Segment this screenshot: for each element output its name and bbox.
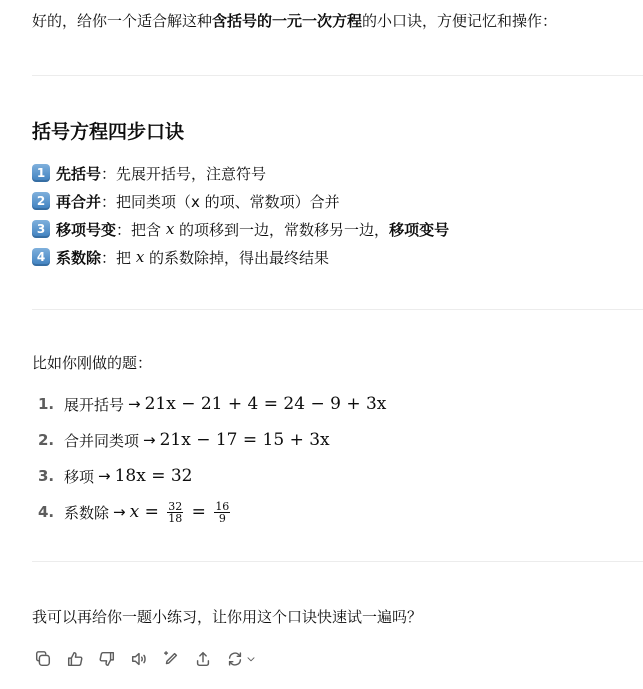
thumbs-down-icon	[98, 650, 116, 668]
edit-icon	[162, 650, 180, 668]
regenerate-icon	[226, 650, 244, 668]
fraction: 3218	[167, 501, 183, 524]
steps-list: 1 先括号：先展开括号，注意符号 2 再合并：把同类项（x 的项、常数项）合并 …	[32, 159, 449, 271]
example-item: 4. 系数除 → x = 3218 = 169	[38, 494, 386, 530]
arrow-icon: →	[128, 395, 141, 413]
arrow-icon: →	[98, 467, 111, 485]
section-heading: 括号方程四步口诀	[32, 119, 184, 145]
example-item: 2. 合并同类项 → 21x − 17 = 15 + 3x	[38, 422, 386, 458]
equation: 21x − 17 = 15 + 3x	[160, 430, 330, 450]
divider	[32, 561, 643, 562]
read-aloud-icon	[130, 650, 148, 668]
message-actions	[32, 648, 258, 670]
keycap-2-icon: 2	[32, 192, 50, 210]
intro-bold: 含括号的一元一次方程	[212, 12, 362, 30]
thumbs-up-button[interactable]	[64, 648, 86, 670]
arrow-icon: →	[113, 503, 126, 521]
divider	[32, 309, 643, 310]
thumbs-down-button[interactable]	[96, 648, 118, 670]
example-item: 3. 移项 → 18x = 32	[38, 458, 386, 494]
example-list: 1. 展开括号 → 21x − 21 + 4 = 24 − 9 + 3x 2. …	[38, 386, 386, 530]
step-item: 2 再合并：把同类项（x 的项、常数项）合并	[32, 187, 449, 215]
regenerate-button[interactable]	[224, 648, 258, 670]
share-button[interactable]	[192, 648, 214, 670]
step-item: 1 先括号：先展开括号，注意符号	[32, 159, 449, 187]
step-item: 4 系数除：把 x 的系数除掉，得出最终结果	[32, 243, 449, 271]
edit-button[interactable]	[160, 648, 182, 670]
example-intro: 比如你刚做的题：	[32, 352, 152, 374]
example-item: 1. 展开括号 → 21x − 21 + 4 = 24 − 9 + 3x	[38, 386, 386, 422]
keycap-1-icon: 1	[32, 164, 50, 182]
divider	[32, 75, 643, 76]
arrow-icon: →	[143, 431, 156, 449]
share-icon	[194, 650, 212, 668]
chevron-down-icon	[245, 653, 257, 665]
copy-icon	[34, 650, 52, 668]
intro-text: 好的，给你一个适合解这种含括号的一元一次方程的小口诀，方便记忆和操作：	[32, 10, 557, 32]
copy-button[interactable]	[32, 648, 54, 670]
fraction: 169	[214, 501, 230, 524]
step-item: 3 移项号变：把含 x 的项移到一边，常数移另一边，移项变号	[32, 215, 449, 243]
equation: 18x = 32	[115, 466, 193, 486]
read-aloud-button[interactable]	[128, 648, 150, 670]
keycap-4-icon: 4	[32, 248, 50, 266]
thumbs-up-icon	[66, 650, 84, 668]
equation: x = 3218 = 169	[130, 501, 234, 524]
equation: 21x − 21 + 4 = 24 − 9 + 3x	[145, 394, 387, 414]
follow-up-question: 我可以再给你一题小练习，让你用这个口诀快速试一遍吗？	[32, 606, 422, 628]
keycap-3-icon: 3	[32, 220, 50, 238]
